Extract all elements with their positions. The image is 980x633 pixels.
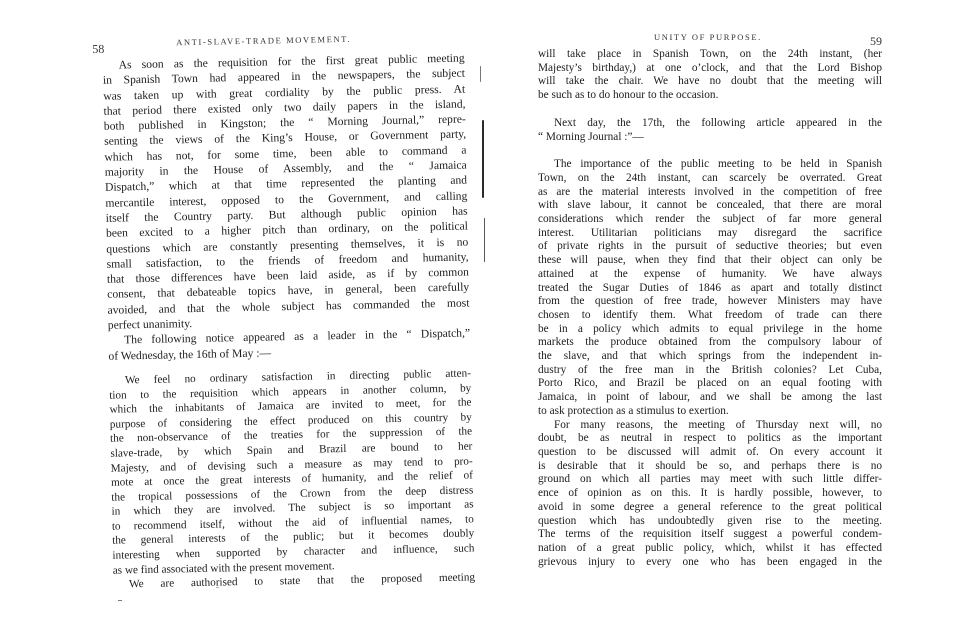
text-line: ground on which all parties may meet wit…	[538, 473, 882, 487]
text-line: treated the Sugar Duties of 1846 as apar…	[538, 282, 882, 296]
left-page: 58 ANTI-SLAVE-TRADE MOVEMENT. As soon as…	[92, 27, 475, 574]
gutter-shadow-mark	[484, 218, 485, 262]
text-line: For many reasons, the meeting of Thursda…	[538, 419, 882, 433]
text-line: chosen to identify them. What freedom of…	[538, 309, 882, 323]
paragraph: As soon as the requisition for the first…	[102, 51, 469, 334]
book-spread: 58 ANTI-SLAVE-TRADE MOVEMENT. As soon as…	[0, 0, 980, 633]
text-line: interest. Utilitarian politicians may di…	[538, 227, 882, 241]
text-line: The importance of the public meeting to …	[538, 158, 882, 172]
text-line: attained at the expense of humanity. We …	[538, 268, 882, 282]
text-line: Next day, the 17th, the following articl…	[538, 117, 882, 131]
text-line: will take place in Spanish Town, on the …	[538, 48, 882, 62]
scan-speck	[216, 587, 219, 588]
left-running-title: ANTI-SLAVE-TRADE MOVEMENT.	[176, 34, 351, 48]
text-line: grievous injury to every one who has bee…	[538, 556, 882, 570]
text-line: these will pause, when they find that th…	[538, 254, 882, 268]
text-line: nation of a great public policy, which, …	[538, 542, 882, 556]
text-line: as are the material interests involved i…	[538, 186, 882, 200]
right-page-body: will take place in Spanish Town, on the …	[538, 48, 882, 569]
text-line: be such as to do honour to the occasion.	[538, 89, 882, 103]
text-line: be in a policy which admits to equal pri…	[538, 323, 882, 337]
text-line: The terms of the requisition itself sugg…	[538, 528, 882, 542]
text-line: Town, on the 24th instant, can scarcely …	[538, 172, 882, 186]
gutter-shadow-mark	[480, 66, 481, 82]
quoted-paragraph: We feel no ordinary satisfaction in dire…	[109, 366, 475, 578]
text-line: “ Morning Journal :”—	[538, 131, 882, 145]
left-running-head: 58 ANTI-SLAVE-TRADE MOVEMENT.	[92, 27, 464, 52]
right-page-number: 59	[870, 34, 882, 49]
left-page-number: 58	[92, 42, 104, 57]
paragraph: The following notice appeared as a leade…	[108, 326, 471, 364]
text-line: the slave, and that which springs from t…	[538, 350, 882, 364]
text-line: dustry of the free man in the British co…	[538, 364, 882, 378]
text-line: of private rights in the pursuit of sedu…	[538, 240, 882, 254]
text-line: Majesty’s birthday,) at one o’clock, and…	[538, 62, 882, 76]
text-line: doubt, be as neutral in respect to polit…	[538, 432, 882, 446]
text-line: to ask protection as a stimulus to exert…	[538, 405, 882, 419]
quoted-paragraph: The importance of the public meeting to …	[538, 158, 882, 418]
right-page: UNITY OF PURPOSE. 59 will take place in …	[538, 30, 882, 570]
scan-speck	[118, 600, 122, 601]
paragraph: will take place in Spanish Town, on the …	[538, 48, 882, 103]
text-line: considerations which render the subject …	[538, 213, 882, 227]
text-line: is desirable that it should be so, and p…	[538, 460, 882, 474]
text-line: Jamaica, in point of labour, and we shal…	[538, 391, 882, 405]
right-running-head: UNITY OF PURPOSE. 59	[538, 30, 882, 48]
text-line: avoid in some degree a general reference…	[538, 501, 882, 515]
left-page-body: As soon as the requisition for the first…	[102, 51, 475, 593]
text-line: ence of opinion as on this. It is hardly…	[538, 487, 882, 501]
text-line: will take the chair. We have no doubt th…	[538, 75, 882, 89]
text-line: markets the produce obtained from the co…	[538, 336, 882, 350]
right-running-title: UNITY OF PURPOSE.	[654, 32, 762, 42]
text-line: question to be discussed will admit of. …	[538, 446, 882, 460]
paragraph: Next day, the 17th, the following articl…	[538, 117, 882, 144]
quoted-paragraph: For many reasons, the meeting of Thursda…	[538, 419, 882, 570]
gutter-shadow-mark	[482, 120, 484, 198]
text-line: from the question of free trade, however…	[538, 295, 882, 309]
text-line: Porto Rico, and Brazil be placed on an e…	[538, 377, 882, 391]
text-line: with slave labour, it cannot be conceale…	[538, 199, 882, 213]
text-line: question which has undoubtedly given ris…	[538, 515, 882, 529]
